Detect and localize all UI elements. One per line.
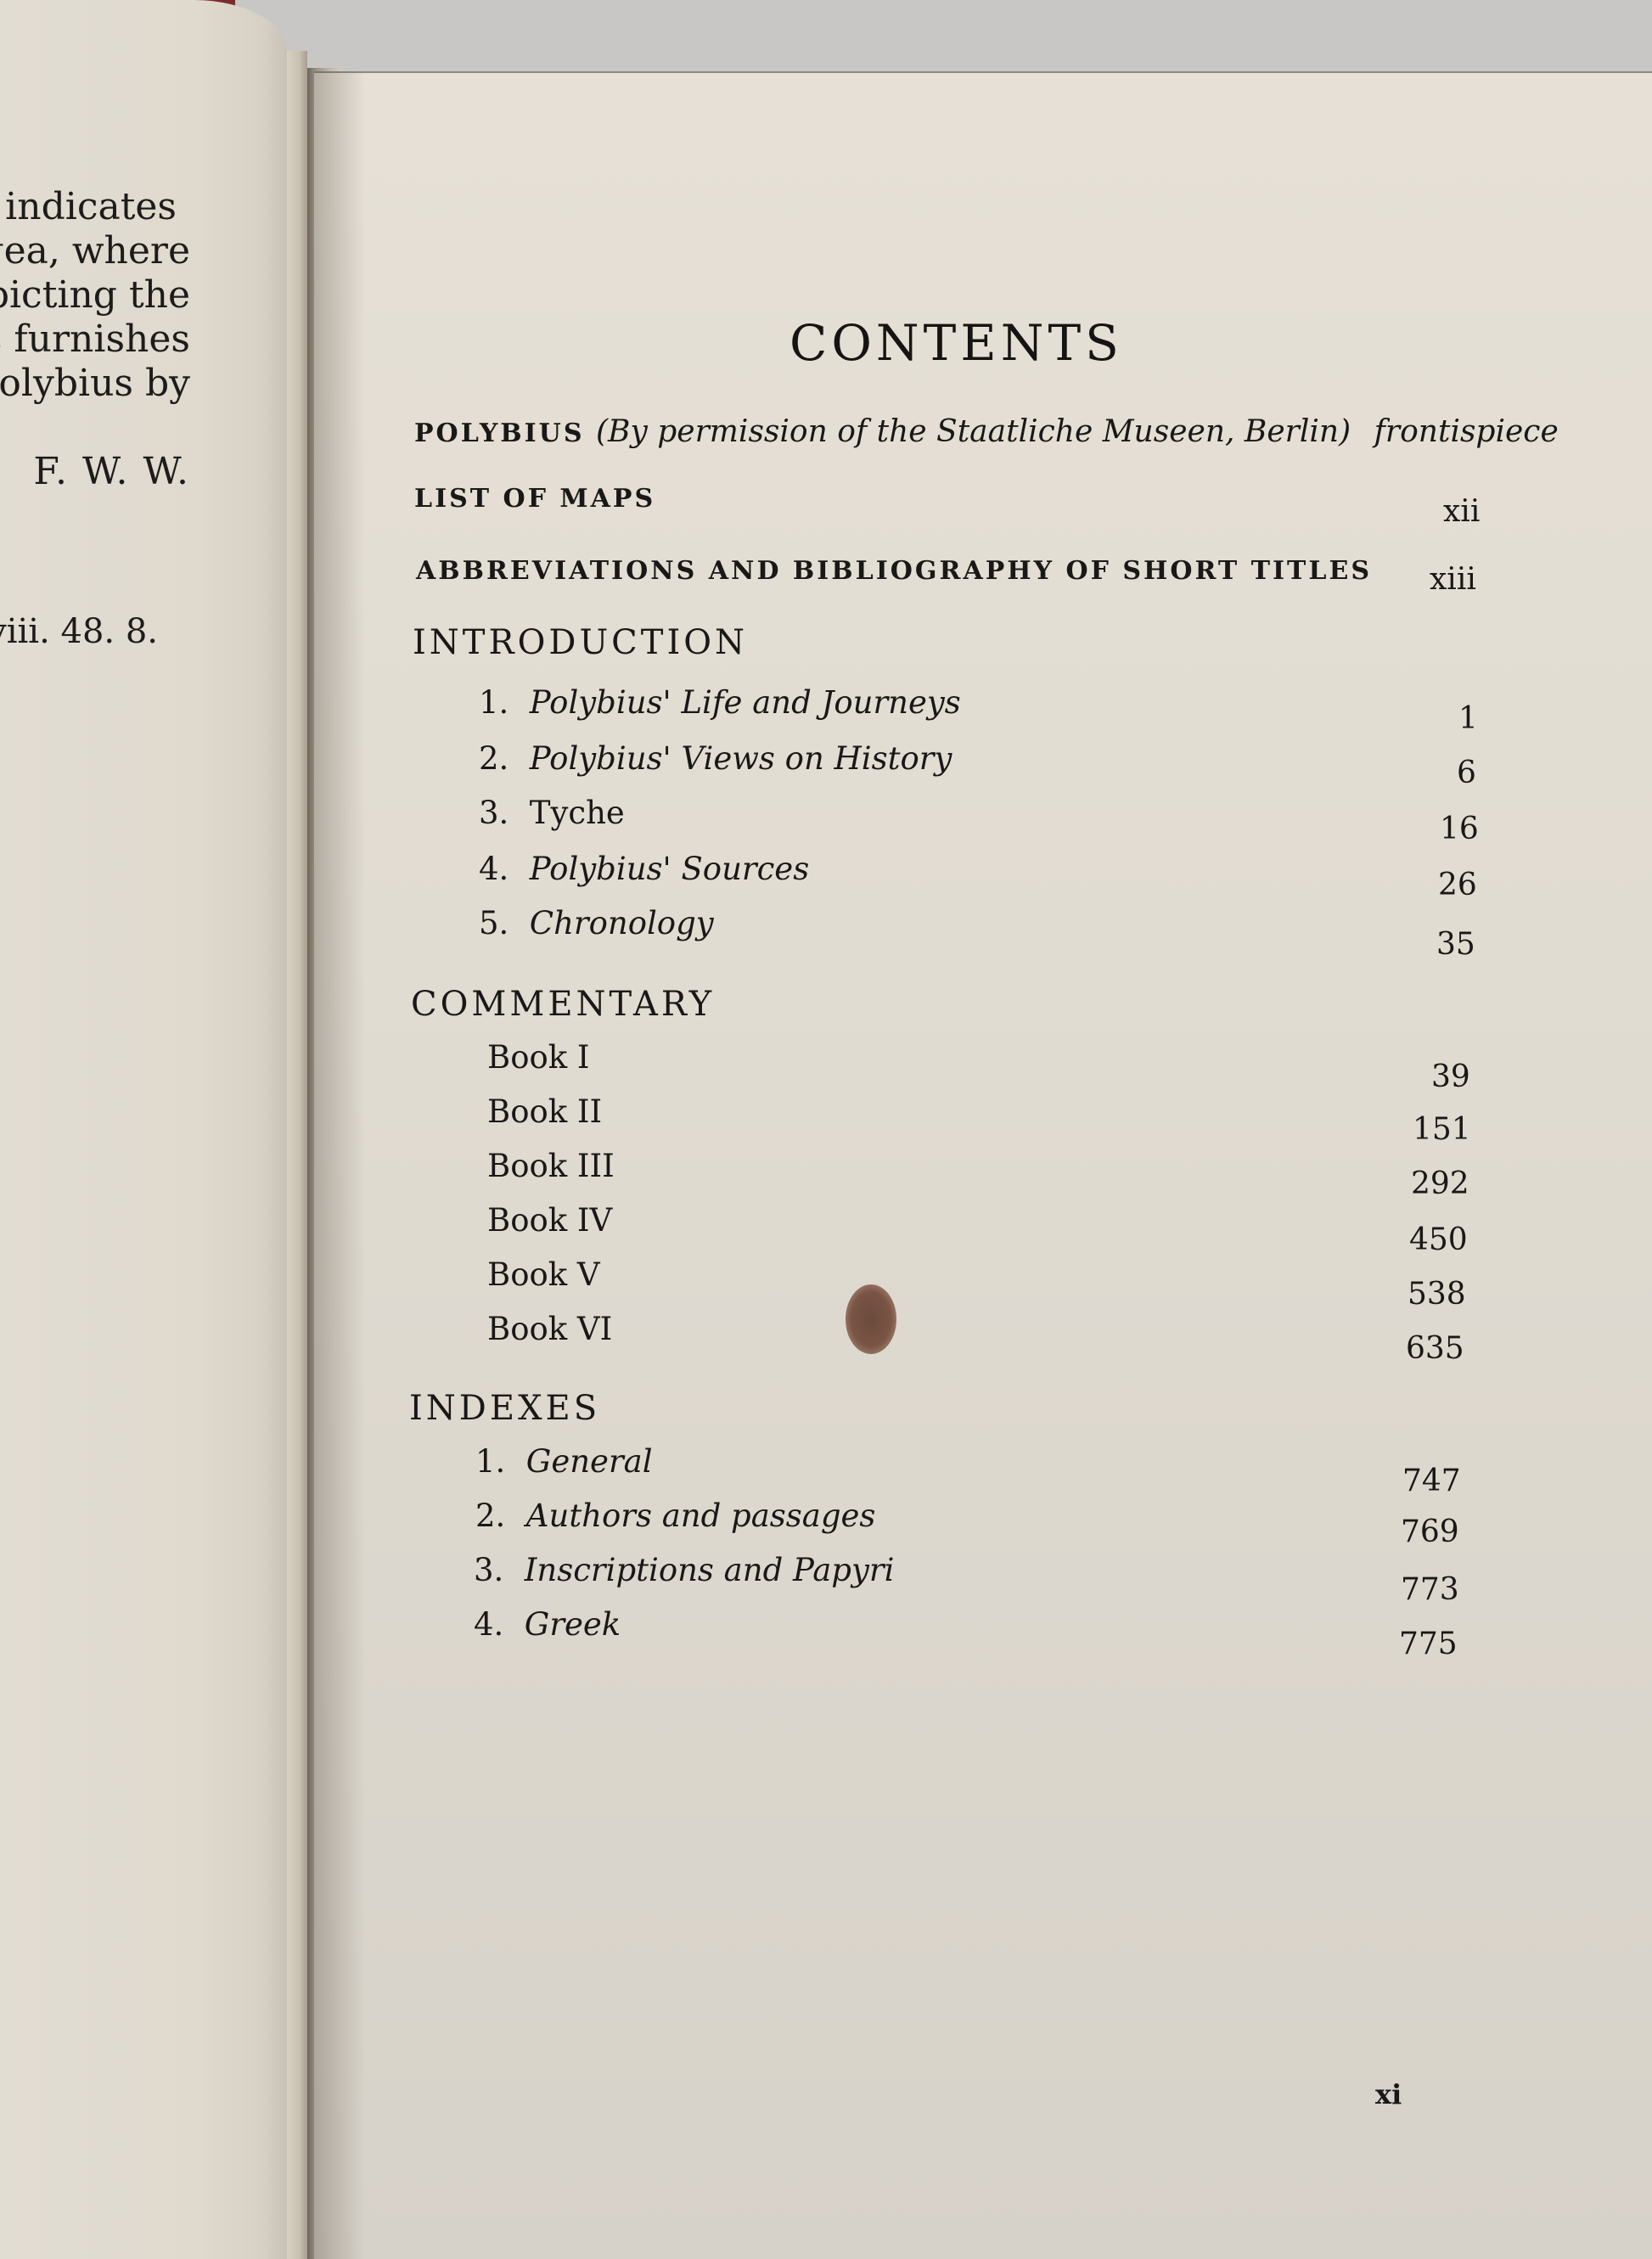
entry-label: Polybius' Life and Journeys [530,684,961,721]
toc-entry: 2. Polybius' Views on History [479,740,952,777]
entry-number: 4. [479,851,520,887]
left-page-line: e¹ indicates [0,185,177,229]
entry-label: Chronology [530,905,714,941]
page-number: 6 [1457,756,1476,790]
entry-label: Polybius' Sources [530,851,809,887]
left-page-line: picting the [0,273,190,317]
page-number: 775 [1399,1627,1458,1661]
entry-label: Tyche [530,795,625,831]
entry-label: General [526,1443,653,1480]
page-title: CONTENTS [789,314,1123,372]
section-heading-introduction: INTRODUCTION [413,623,748,662]
section-heading-commentary: COMMENTARY [411,985,715,1024]
toc-entry: 4. Greek [474,1606,621,1643]
left-page-edge [287,51,307,2259]
page-number: 26 [1438,868,1477,902]
toc-entry: Book III [487,1148,615,1184]
page-number: 538 [1408,1277,1466,1312]
entry-number: 4. [474,1606,514,1643]
toc-entry: 3. Tyche [479,795,625,831]
gutter-shadow [314,71,365,2259]
toc-entry: Book I [487,1039,590,1076]
left-page-line: s furnishes [0,317,190,362]
page-number: 769 [1401,1514,1459,1549]
page-number: 39 [1431,1059,1470,1094]
entry-label: POLYBIUS [414,419,585,448]
entry-label: Authors and passages [526,1498,876,1534]
toc-entry: Book II [487,1093,602,1130]
toc-entry: Book V [487,1256,600,1293]
left-page: e¹ indicates egea, where picting the s f… [0,0,287,2259]
toc-entry: 4. Polybius' Sources [479,851,809,887]
page-number: 35 [1436,927,1475,962]
page-number: 450 [1409,1222,1468,1257]
entry-label: Inscriptions and Papyri [525,1552,895,1588]
page-number: 747 [1402,1464,1461,1498]
entry-number: 1. [475,1443,516,1480]
entry-number: 2. [479,740,520,777]
left-page-line: olybius by [0,362,190,406]
paper-stain [846,1284,896,1354]
entry-number: 3. [474,1552,514,1588]
footnote: . viii. 48. 8. [0,610,158,654]
toc-entry: 1. Polybius' Life and Journeys [479,684,961,721]
toc-entry-frontispiece: POLYBIUS (By permission of the Staatlich… [414,414,1559,449]
page-number: 773 [1401,1572,1459,1607]
page-number: 16 [1440,812,1479,846]
left-page-line: egea, where [0,229,190,273]
signature: F. W. W. [33,450,190,494]
page-number: 292 [1411,1166,1469,1201]
page-number: xiii [1430,562,1476,597]
toc-entry: Book VI [487,1311,612,1347]
entry-number: 3. [479,795,520,831]
page-number: xii [1443,494,1480,529]
entry-page: frontispiece [1374,414,1559,449]
toc-entry-abbreviations: ABBREVIATIONS AND BIBLIOGRAPHY OF SHORT … [416,556,1372,586]
toc-entry: 2. Authors and passages [475,1498,875,1534]
toc-entry: Book IV [487,1202,612,1239]
toc-entry-list-of-maps: LIST OF MAPS [414,484,655,514]
page-folio: xi [1375,2078,1402,2110]
section-heading-indexes: INDEXES [409,1389,600,1428]
toc-entry: 1. General [475,1443,653,1480]
entry-number: 5. [479,905,520,941]
entry-label: Polybius' Views on History [530,740,952,777]
page-number: 1 [1458,701,1478,736]
entry-label: Greek [525,1606,621,1643]
page-number: 635 [1406,1331,1464,1366]
toc-entry: 3. Inscriptions and Papyri [474,1552,894,1588]
entry-number: 2. [475,1498,516,1534]
entry-note: (By permission of the Staatliche Museen,… [596,414,1351,449]
page-number: 151 [1413,1112,1471,1147]
toc-entry: 5. Chronology [479,905,714,941]
entry-number: 1. [479,684,520,721]
